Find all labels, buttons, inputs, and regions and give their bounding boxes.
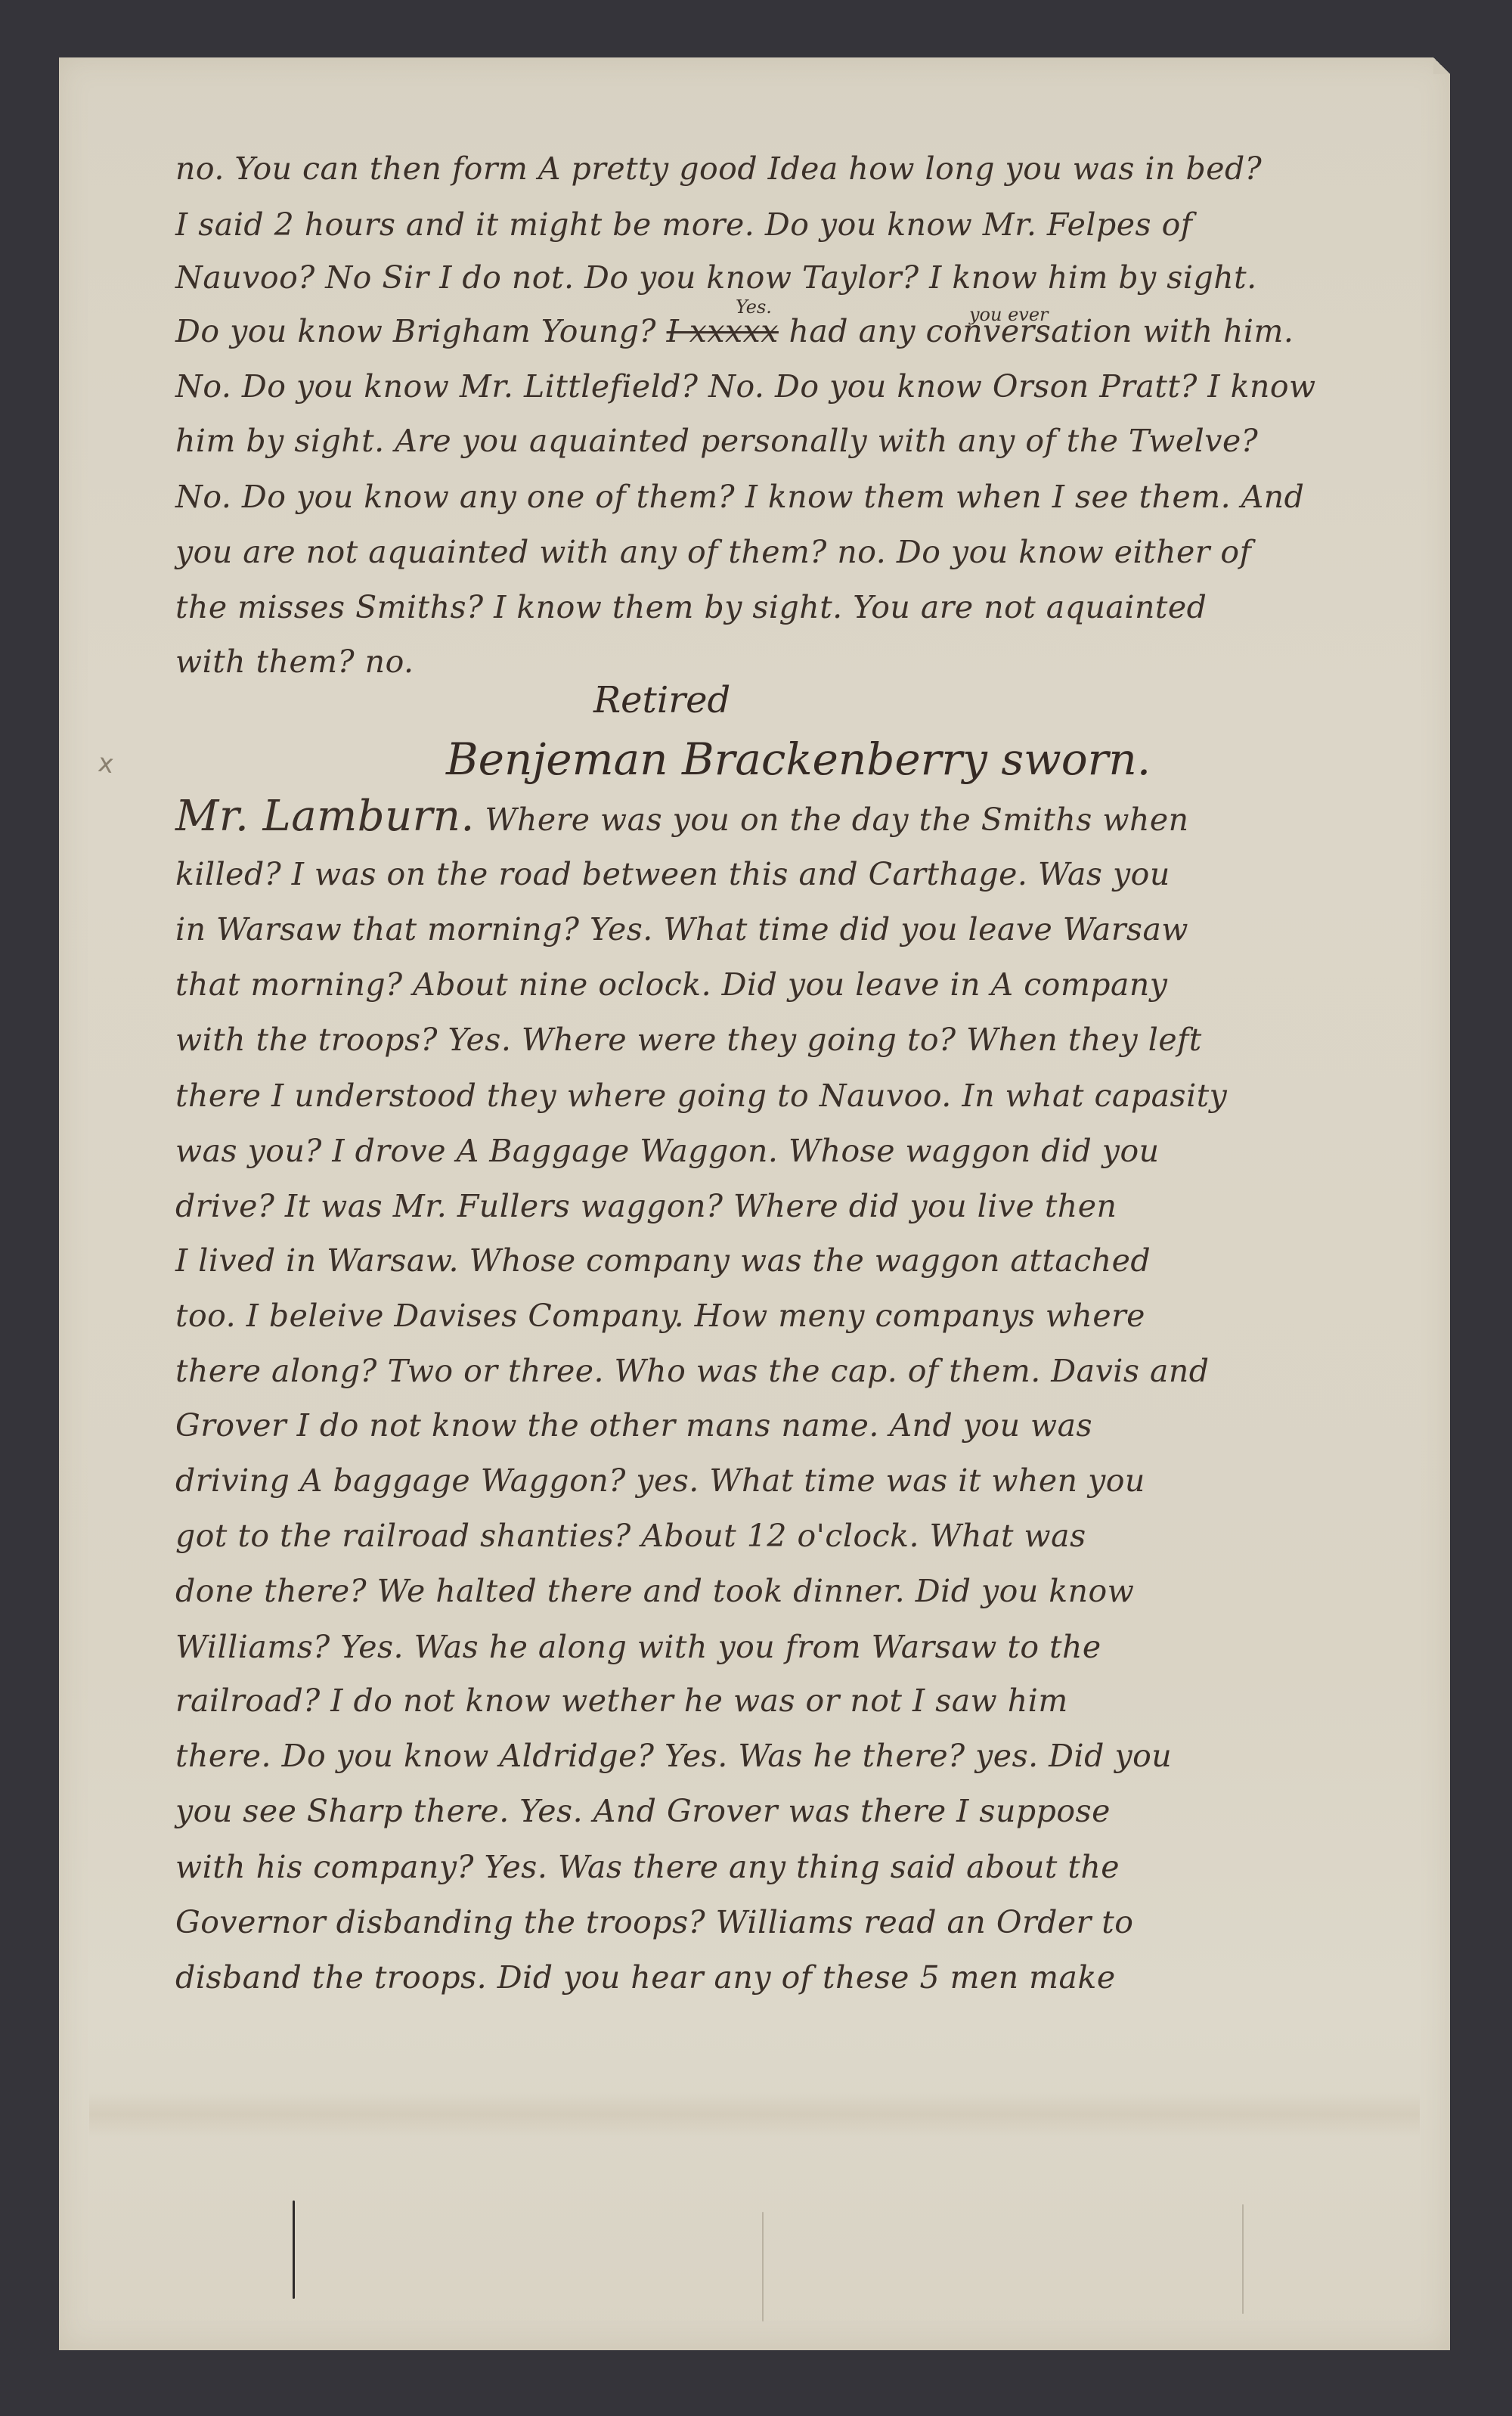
testimony-line-5: with the troops? Yes. Where were they go… (175, 1021, 1438, 1059)
testimony-line-1-text: Where was you on the day the Smiths when (485, 802, 1188, 838)
text-line-9: the misses Smiths? I know them by sight.… (175, 588, 1438, 626)
testimony-line-13: driving A baggage Waggon? yes. What time… (175, 1462, 1438, 1500)
witness-heading: Benjeman Brackenberry sworn. (446, 733, 1151, 785)
testimony-line-15: done there? We halted there and took din… (175, 1572, 1438, 1610)
testimony-line-3: in Warsaw that morning? Yes. What time d… (175, 910, 1438, 948)
text-line-2: I said 2 hours and it might be more. Do … (175, 206, 1438, 243)
interlinear-insert-you-ever: you ever (969, 304, 1049, 325)
retired-label: Retired (593, 679, 730, 721)
paper-slit-right (1242, 2204, 1244, 2314)
paper-fold-shadow (89, 2092, 1420, 2137)
testimony-line-18: there. Do you know Aldridge? Yes. Was he… (175, 1737, 1438, 1775)
testimony-line-22: disband the troops. Did you hear any of … (175, 1959, 1438, 1996)
text-line-3: Nauvoo? No Sir I do not. Do you know Tay… (175, 259, 1438, 296)
text-line-7: No. Do you know any one of them? I know … (175, 478, 1438, 516)
testimony-line-16: Williams? Yes. Was he along with you fro… (175, 1628, 1438, 1666)
testimony-line-10: too. I beleive Davises Company. How meny… (175, 1297, 1438, 1335)
testimony-line-8: drive? It was Mr. Fullers waggon? Where … (175, 1187, 1438, 1225)
testimony-line-1: Mr. Lamburn. Where was you on the day th… (175, 798, 1438, 839)
testimony-line-2: killed? I was on the road between this a… (175, 855, 1438, 893)
paper-slit-left (293, 2200, 295, 2299)
testimony-line-6: there I understood they where going to N… (175, 1077, 1438, 1115)
testimony-line-14: got to the railroad shanties? About 12 o… (175, 1517, 1438, 1555)
testimony-line-19: you see Sharp there. Yes. And Grover was… (175, 1792, 1438, 1830)
testimony-line-11: there along? Two or three. Who was the c… (175, 1352, 1438, 1390)
testimony-line-7: was you? I drove A Baggage Waggon. Whose… (175, 1132, 1438, 1170)
testimony-line-9: I lived in Warsaw. Whose company was the… (175, 1242, 1438, 1279)
testimony-line-20: with his company? Yes. Was there any thi… (175, 1848, 1438, 1886)
text-line-5: No. Do you know Mr. Littlefield? No. Do … (175, 368, 1438, 405)
text-line-10: with them? no. (175, 643, 1438, 681)
text-line-1: no. You can then form A pretty good Idea… (175, 150, 1438, 188)
interlinear-insert-yes: Yes. (736, 296, 772, 318)
paper-slit-middle (762, 2212, 764, 2321)
speaker-name: Mr. Lamburn. (175, 792, 475, 841)
testimony-line-12: Grover I do not know the other mans name… (175, 1406, 1438, 1444)
text-line-4-start: Do you know Brigham Young? (175, 313, 656, 349)
struck-out-word: I xxxxx (667, 313, 779, 349)
testimony-line-4: that morning? About nine oclock. Did you… (175, 966, 1438, 1003)
text-line-4: Do you know Brigham Young? I xxxxx had a… (175, 312, 1438, 350)
text-line-8: you are not aquainted with any of them? … (175, 533, 1438, 571)
testimony-line-17: railroad? I do not know wether he was or… (175, 1682, 1438, 1720)
text-line-6: him by sight. Are you aquainted personal… (175, 422, 1438, 460)
testimony-line-21: Governor disbanding the troops? Williams… (175, 1903, 1438, 1941)
